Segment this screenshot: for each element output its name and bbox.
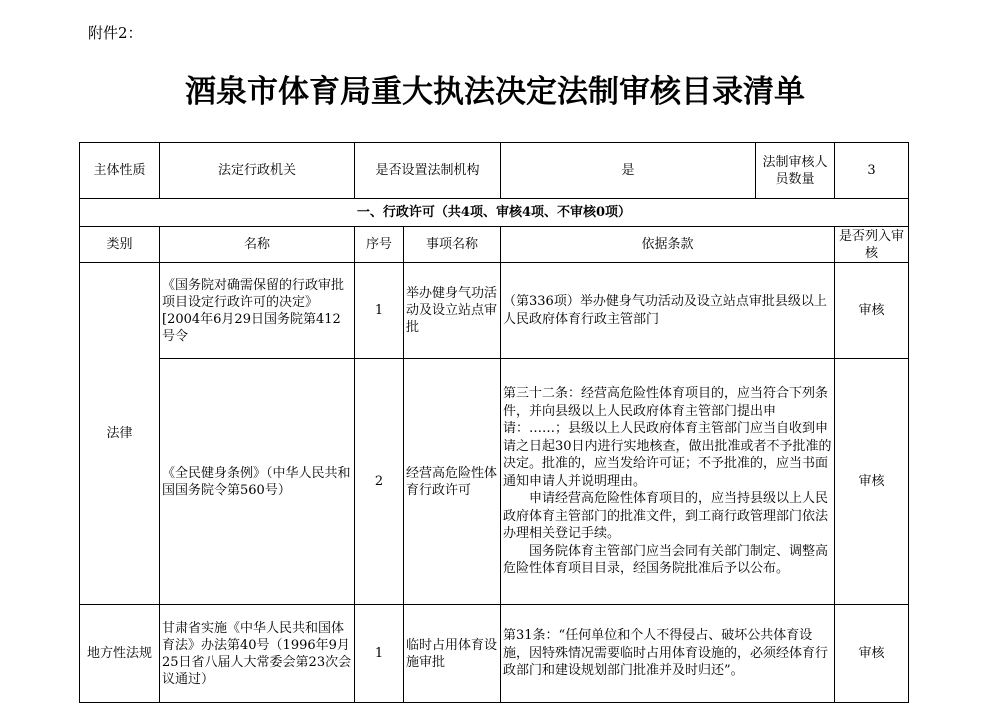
basis-paragraph: 国务院体育主管部门应当会同有关部门制定、调整高危险性体育项目目录，经国务院批准后… <box>503 543 832 578</box>
attachment-label: 附件2： <box>88 22 143 43</box>
basis-paragraph: 第三十二条：经营高危险性体育项目的，应当符合下列条件，并向县级以上人民政府体育主… <box>503 385 832 490</box>
row-basis: （第336项）举办健身气功活动及设立站点审批县级以上人民政府体育行政主管部门 <box>501 263 835 359</box>
row-item-name: 临时占用体育设施审批 <box>404 605 501 703</box>
row-seq: 1 <box>355 263 404 359</box>
subject-nature-value: 法定行政机关 <box>160 143 355 199</box>
row-basis: 第三十二条：经营高危险性体育项目的，应当符合下列条件，并向县级以上人民政府体育主… <box>501 359 835 605</box>
col-review: 是否列入审核 <box>835 227 909 263</box>
col-basis: 依据条款 <box>501 227 835 263</box>
basis-paragraph: 申请经营高危险性体育项目的，应当持县级以上人民政府体育主管部门的批准文件，到工商… <box>503 490 832 543</box>
legal-org-value: 是 <box>501 143 756 199</box>
row-category: 法律 <box>80 263 160 605</box>
row-review: 审核 <box>835 263 909 359</box>
row-name: 《全民健身条例》（中华人民共和国国务院令第560号） <box>160 359 355 605</box>
basis-paragraph: 第31条：“任何单位和个人不得侵占、破坏公共体育设施，因特殊情况需要临时占用体育… <box>503 627 832 680</box>
col-item-name: 事项名称 <box>404 227 501 263</box>
section-row: 一、行政许可（共4项、审核4项、不审核0项） <box>80 199 909 227</box>
table-row: 地方性法规 甘肃省实施《中华人民共和国体育法》办法第40号（1996年9月25日… <box>80 605 909 703</box>
section-title: 一、行政许可（共4项、审核4项、不审核0项） <box>80 199 909 227</box>
col-category: 类别 <box>80 227 160 263</box>
column-header-row: 类别 名称 序号 事项名称 依据条款 是否列入审核 <box>80 227 909 263</box>
row-name: 《国务院对确需保留的行政审批项目设定行政许可的决定》[2004年6月29日国务院… <box>160 263 355 359</box>
row-basis: 第31条：“任何单位和个人不得侵占、破坏公共体育设施，因特殊情况需要临时占用体育… <box>501 605 835 703</box>
row-review: 审核 <box>835 605 909 703</box>
basis-paragraph: （第336项）举办健身气功活动及设立站点审批县级以上人民政府体育行政主管部门 <box>503 293 832 328</box>
header-info-row: 主体性质 法定行政机关 是否设置法制机构 是 法制审核人员数量 3 <box>80 143 909 199</box>
row-name: 甘肃省实施《中华人民共和国体育法》办法第40号（1996年9月25日省八届人大常… <box>160 605 355 703</box>
row-item-name: 举办健身气功活动及设立站点审批 <box>404 263 501 359</box>
row-review: 审核 <box>835 359 909 605</box>
row-seq: 2 <box>355 359 404 605</box>
row-item-name: 经营高危险性体育行政许可 <box>404 359 501 605</box>
reviewer-count-value: 3 <box>835 143 909 199</box>
row-seq: 1 <box>355 605 404 703</box>
review-catalog-table: 主体性质 法定行政机关 是否设置法制机构 是 法制审核人员数量 3 一、行政许可… <box>79 142 909 703</box>
col-name: 名称 <box>160 227 355 263</box>
col-seq: 序号 <box>355 227 404 263</box>
row-category: 地方性法规 <box>80 605 160 703</box>
table-row: 法律 《国务院对确需保留的行政审批项目设定行政许可的决定》[2004年6月29日… <box>80 263 909 359</box>
page-title: 酒泉市体育局重大执法决定法制审核目录清单 <box>0 66 990 111</box>
reviewer-count-label: 法制审核人员数量 <box>756 143 835 199</box>
subject-nature-label: 主体性质 <box>80 143 160 199</box>
legal-org-label: 是否设置法制机构 <box>355 143 501 199</box>
table-row: 《全民健身条例》（中华人民共和国国务院令第560号） 2 经营高危险性体育行政许… <box>80 359 909 605</box>
